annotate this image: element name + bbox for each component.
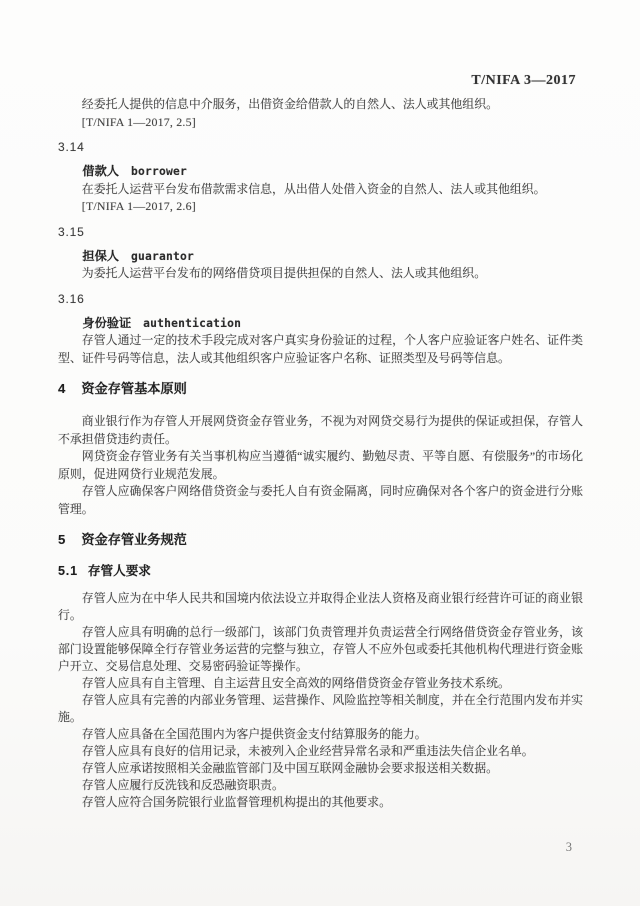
definition-paragraph: 为委托人运营平台发布的网络借贷项目提供担保的自然人、法人或其他组织。 (58, 265, 583, 283)
term-en: borrower (131, 165, 187, 178)
standard-ref-header: T/NIFA 3—2017 (471, 73, 576, 89)
body-paragraph: 存管人应履行反洗钱和反恐融资职责。 (58, 777, 583, 794)
subsection-5-1-body: 存管人应为在中华人民共和国境内依法设立并取得企业法人资格及商业银行经营许可证的商… (58, 590, 583, 811)
source-ref: [T/NIFA 1—2017, 2.6] (58, 198, 583, 216)
body-paragraph: 商业银行作为存管人开展网贷资金存管业务，不视为对网贷交易行为提供的保证或担保，存… (58, 413, 583, 448)
section-title: 资金存管基本原则 (81, 381, 187, 396)
body-paragraph: 存管人应具有良好的信用记录，未被列入企业经营异常名录和严重违法失信企业名单。 (58, 743, 583, 760)
body-paragraph: 存管人应确保客户网络借贷资金与委托人自有资金隔离，同时应确保对各个客户的资金进行… (58, 483, 583, 518)
section-heading-5: 5资金存管业务规范 (58, 532, 583, 548)
section-heading-4: 4资金存管基本原则 (58, 381, 583, 397)
definition-paragraph: 存管人通过一定的技术手段完成对客户真实身份验证的过程，个人客户应验证客户姓名、证… (58, 332, 583, 367)
subsection-heading-5-1: 5.1存管人要求 (58, 563, 583, 579)
term-zh: 身份验证 (82, 316, 131, 330)
clause-number-3-14: 3.14 (58, 141, 583, 154)
body-paragraph: 存管人应承诺按照相关金融监管部门及中国互联网金融协会要求报送相关数据。 (58, 760, 583, 777)
clause-number-3-15: 3.15 (58, 226, 583, 239)
body-paragraph: 存管人应具有明确的总行一级部门，该部门负责管理并负责运营全行网络借贷资金存管业务… (58, 624, 583, 675)
body-paragraph: 存管人应符合国务院银行业监督管理机构提出的其他要求。 (58, 794, 583, 811)
body-paragraph: 网贷资金存管业务有关当事机构应当遵循“诚实履约、勤勉尽责、平等自愿、有偿服务”的… (58, 448, 583, 483)
subsection-number: 5.1 (58, 564, 78, 578)
term-zh: 担保人 (82, 249, 119, 263)
term-en: authentication (143, 317, 241, 330)
body-paragraph: 存管人应具有自主管理、自主运营且安全高效的网络借贷资金存管业务技术系统。 (58, 675, 583, 692)
page-content: 经委托人提供的信息中介服务，出借资金给借款人的自然人、法人或其他组织。 [T/N… (0, 0, 640, 811)
term-en: guarantor (131, 250, 194, 263)
body-paragraph: 存管人应具有完善的内部业务管理、运营操作、风险监控等相关制度，并在全行范围内发布… (58, 692, 583, 726)
section-number: 4 (58, 381, 66, 396)
term-line-borrower: 借款人borrower (58, 163, 583, 181)
document-page: T/NIFA 3—2017 经委托人提供的信息中介服务，出借资金给借款人的自然人… (0, 0, 640, 906)
section-number: 5 (58, 532, 66, 547)
subsection-title: 存管人要求 (88, 564, 151, 578)
term-line-authentication: 身份验证authentication (58, 315, 583, 333)
section-title: 资金存管业务规范 (81, 532, 187, 547)
continuation-paragraph: 经委托人提供的信息中介服务，出借资金给借款人的自然人、法人或其他组织。 (58, 96, 583, 114)
term-zh: 借款人 (82, 164, 119, 178)
body-paragraph: 存管人应为在中华人民共和国境内依法设立并取得企业法人资格及商业银行经营许可证的商… (58, 590, 583, 624)
source-ref: [T/NIFA 1—2017, 2.5] (58, 114, 583, 132)
term-line-guarantor: 担保人guarantor (58, 248, 583, 266)
body-paragraph: 存管人应具备在全国范围内为客户提供资金支付结算服务的能力。 (58, 726, 583, 743)
definition-paragraph: 在委托人运营平台发布借款需求信息，从出借人处借入资金的自然人、法人或其他组织。 (58, 181, 583, 199)
clause-number-3-16: 3.16 (58, 293, 583, 306)
page-number: 3 (566, 840, 572, 855)
